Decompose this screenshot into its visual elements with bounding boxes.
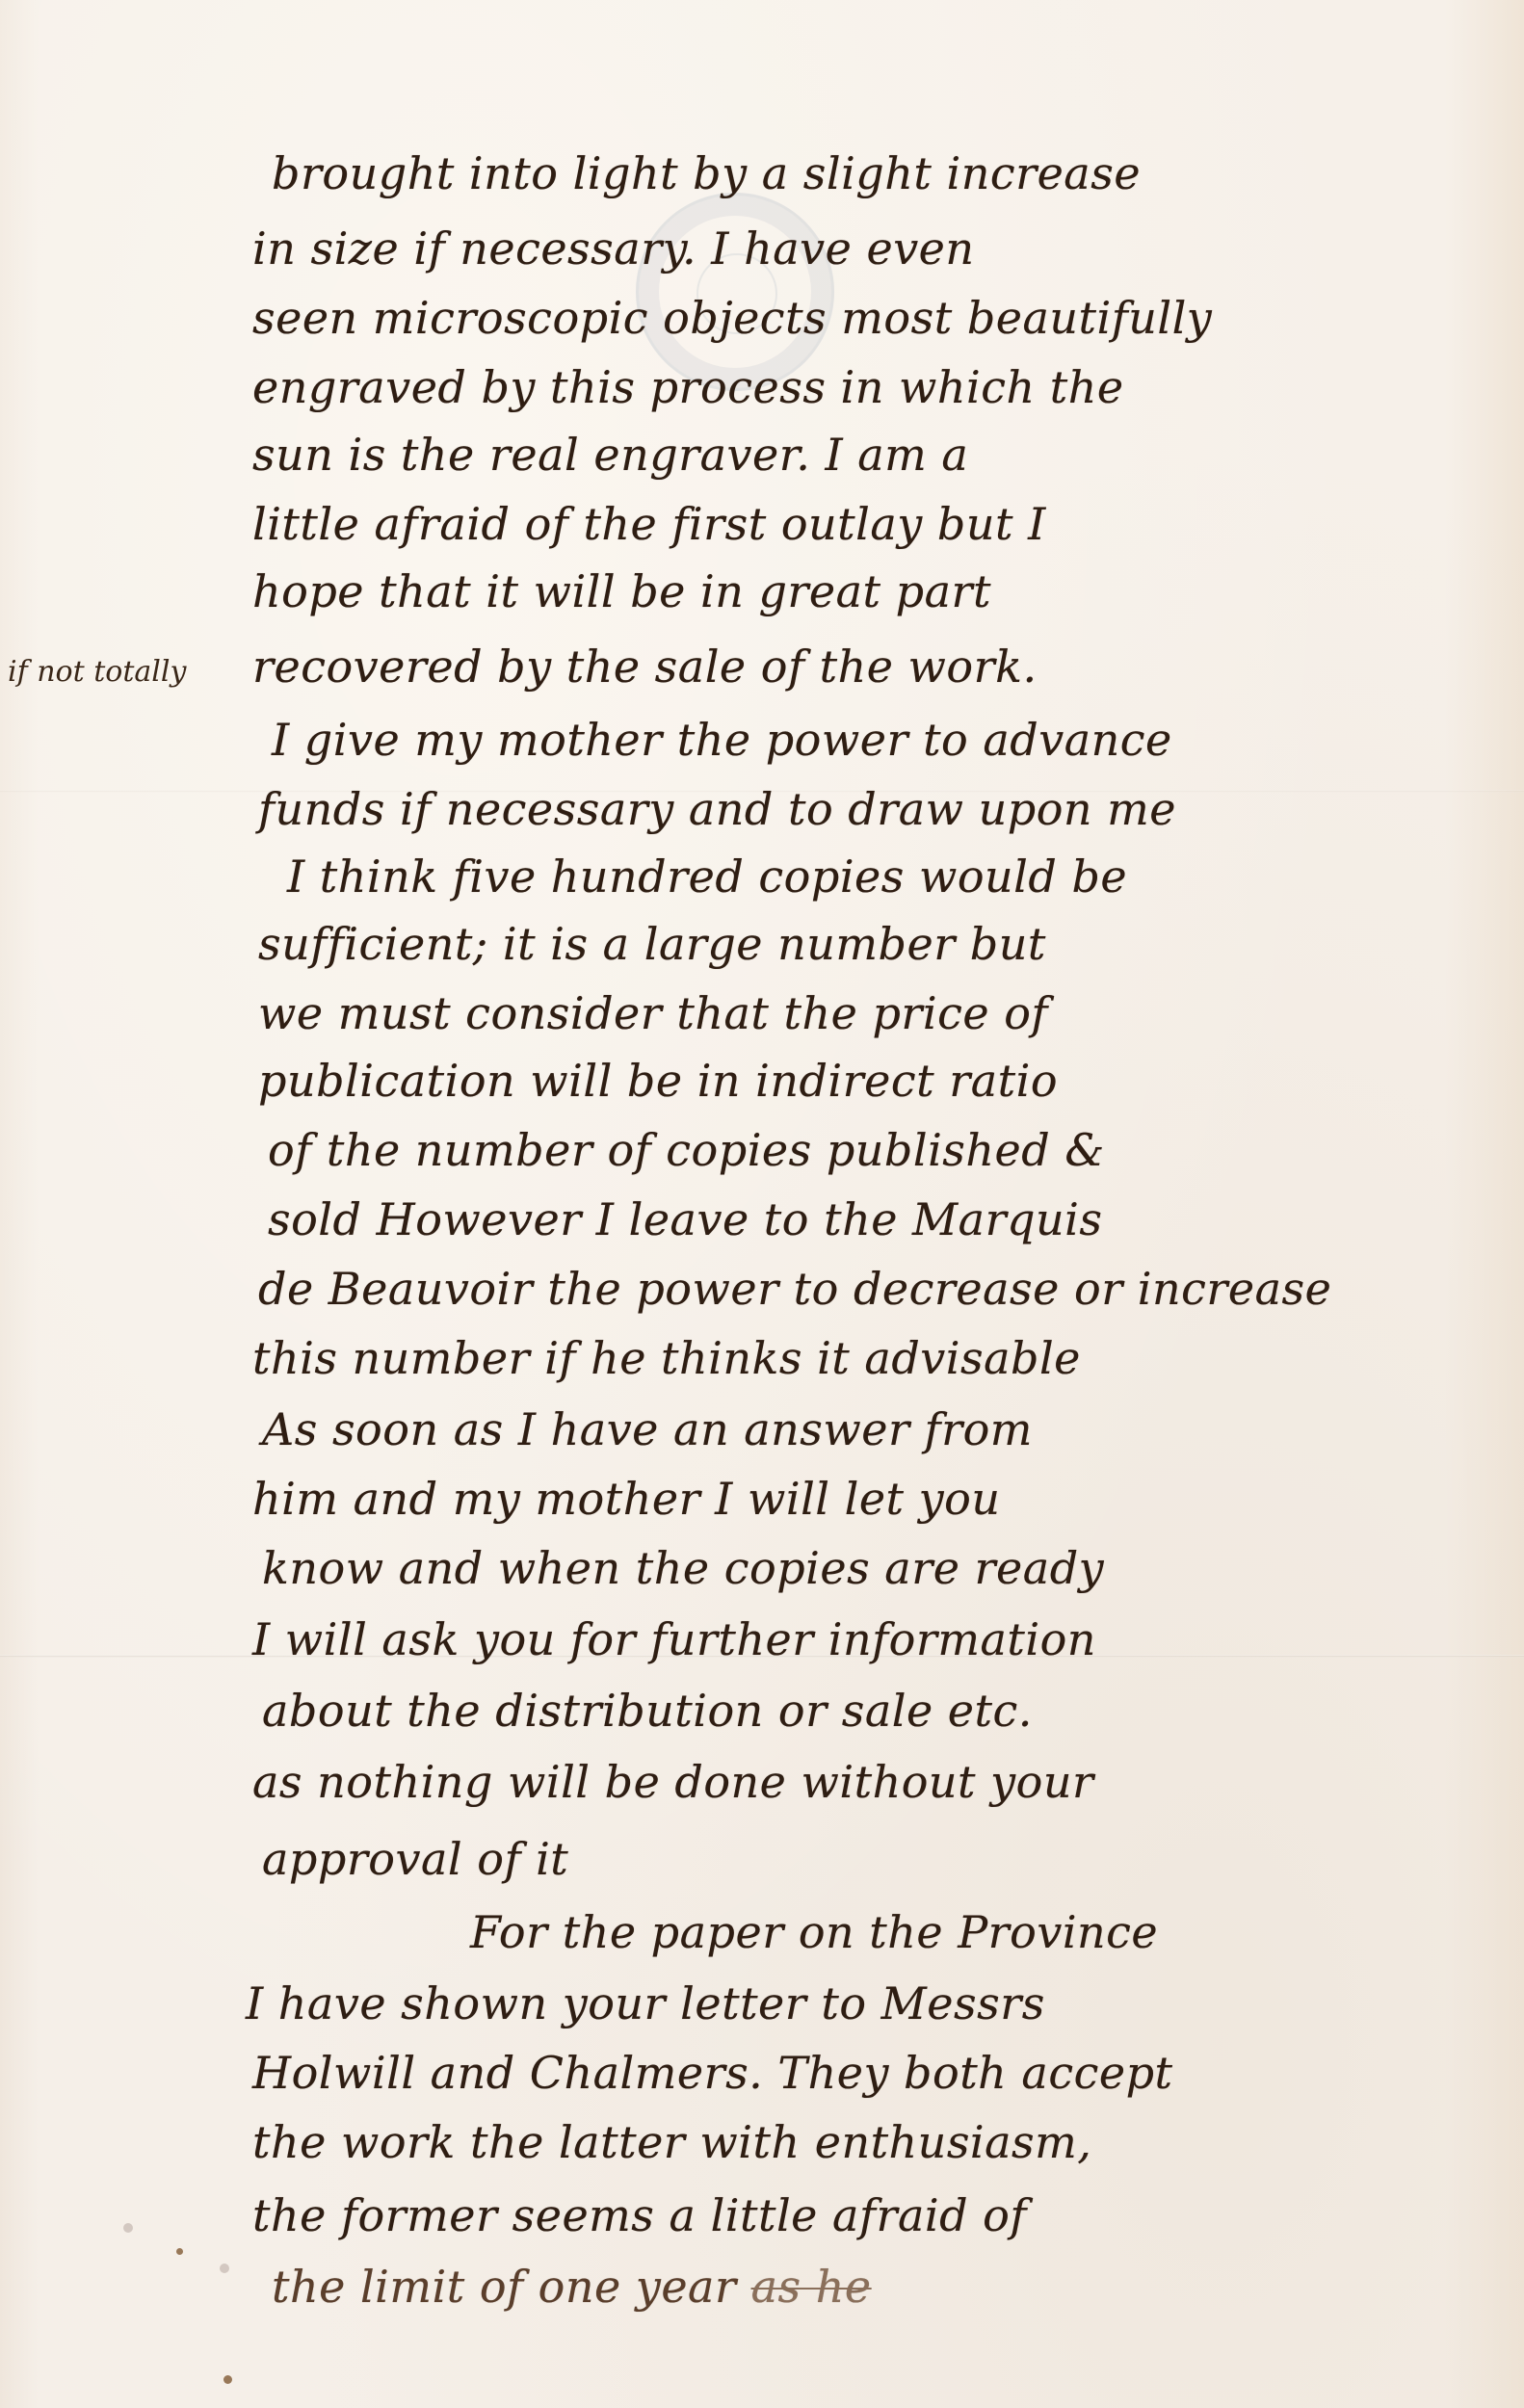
text-line: brought into light by a slight increase: [272, 135, 1524, 212]
text-line: For the paper on the Province: [470, 1894, 1524, 1971]
text-line: sufficient; it is a large number but: [258, 905, 1524, 982]
text-line: sold However I leave to the Marquis: [268, 1181, 1524, 1258]
text-line: the work the latter with enthusiasm,: [252, 2104, 1524, 2181]
ink-spot: [176, 2248, 183, 2255]
text-line: hope that it will be in great part: [252, 553, 1524, 630]
text-line: of the number of copies published &: [268, 1112, 1524, 1189]
letter-page: if not totally brought into light by a s…: [0, 0, 1524, 2408]
text-line: I give my mother the power to advance: [272, 701, 1524, 778]
text-line: recovered by the sale of the work.: [252, 628, 1524, 705]
text-line: funds if necessary and to draw upon me: [258, 771, 1524, 848]
text-line: in size if necessary. I have even: [252, 210, 1524, 287]
text-line: approval of it: [262, 1820, 1524, 1898]
text-line: publication will be in indirect ratio: [258, 1042, 1524, 1119]
text-line: I think five hundred copies would be: [287, 838, 1524, 915]
text-line: the former seems a little afraid of: [252, 2177, 1524, 2254]
text-line: engraved by this process in which the: [252, 349, 1524, 426]
text-line: about the distribution or sale etc.: [262, 1672, 1524, 1749]
text-line: the limit of one year as he: [272, 2248, 1524, 2325]
text-line: as nothing will be done without your: [252, 1743, 1524, 1820]
ink-spot: [223, 2375, 232, 2384]
struck-through-text: as he: [751, 2261, 872, 2313]
text-line: him and my mother I will let you: [252, 1460, 1524, 1537]
text-line: little afraid of the first outlay but I: [252, 485, 1524, 563]
text-line: this number if he thinks it advisable: [252, 1320, 1524, 1397]
text-line: I will ask you for further information: [252, 1601, 1524, 1678]
text-line: As soon as I have an answer from: [262, 1391, 1524, 1468]
text-line: sun is the real engraver. I am a: [252, 416, 1524, 493]
ink-spot: [220, 2264, 229, 2273]
ink-spot: [123, 2223, 133, 2233]
margin-note: if not totally: [8, 643, 186, 701]
text-line: know and when the copies are ready: [262, 1530, 1524, 1607]
text-line: I have shown your letter to Messrs: [246, 1965, 1524, 2042]
text-line: we must consider that the price of: [258, 975, 1524, 1052]
text-line: seen microscopic objects most beautifull…: [252, 279, 1524, 356]
text-line: Holwill and Chalmers. They both accept: [252, 2034, 1524, 2111]
text-line: de Beauvoir the power to decrease or inc…: [258, 1250, 1524, 1327]
